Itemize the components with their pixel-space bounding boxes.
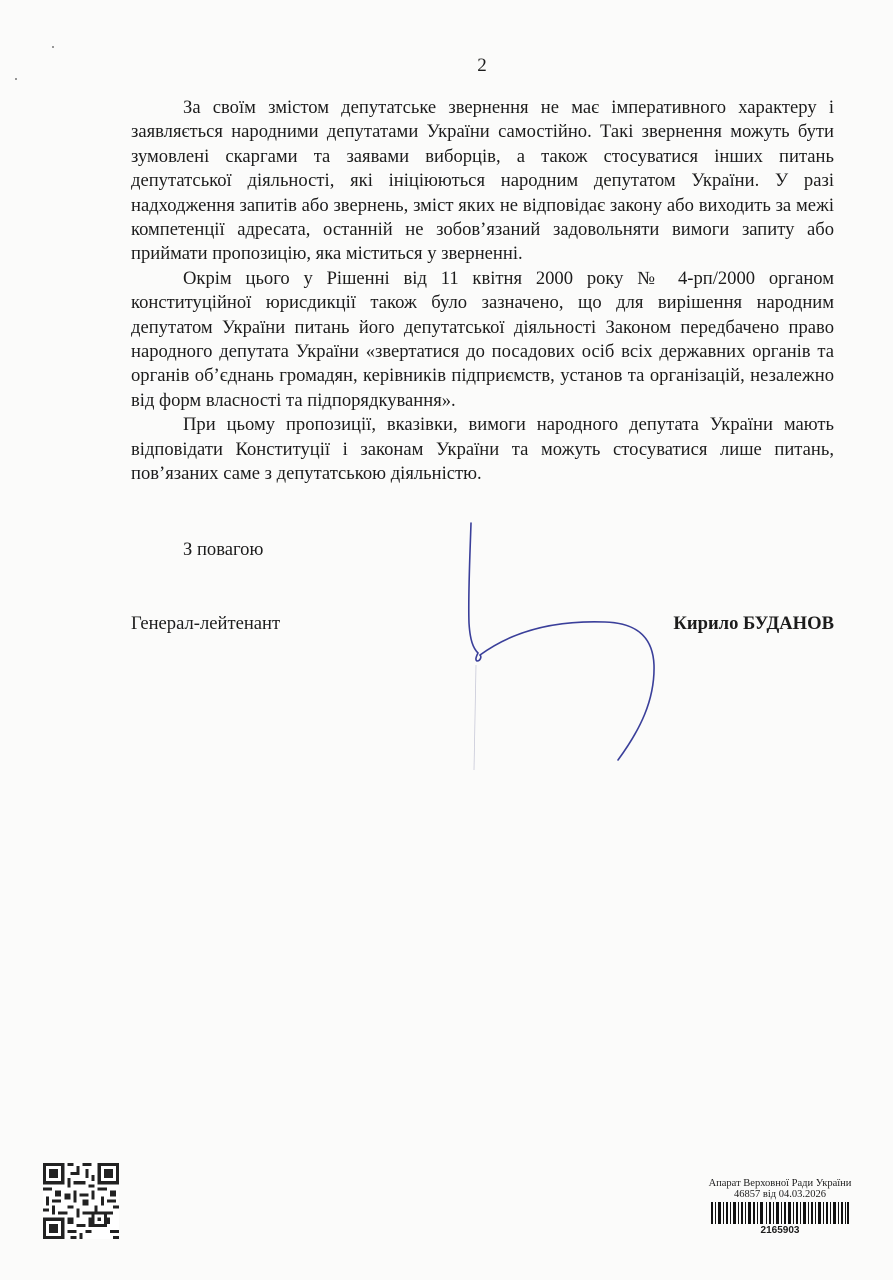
registry-number-date: 46857 від 04.03.2026 [690,1189,870,1200]
scan-speck [52,46,54,48]
barcode-number: 2165903 [690,1225,870,1236]
paragraph-2: Окрім цього у Рішенні від 11 квітня 2000… [131,267,834,413]
handwritten-signature [440,515,680,775]
scan-speck [15,78,17,80]
signer-rank: Генерал-лейтенант [131,613,280,635]
letter-body: За своїм змістом депутатське звернення н… [131,96,834,487]
page-number: 2 [0,55,893,77]
closing-salutation: З повагою [183,539,263,561]
paragraph-1: За своїм змістом депутатське звернення н… [131,96,834,267]
registry-stamp: Апарат Верховної Ради України 46857 від … [690,1178,870,1236]
qr-code-icon [43,1163,119,1239]
signer-name: Кирило БУДАНОВ [673,613,834,635]
registry-organization: Апарат Верховної Ради України [690,1178,870,1189]
paragraph-3: При цьому пропозиції, вказівки, вимоги н… [131,413,834,486]
barcode-icon [711,1202,849,1224]
